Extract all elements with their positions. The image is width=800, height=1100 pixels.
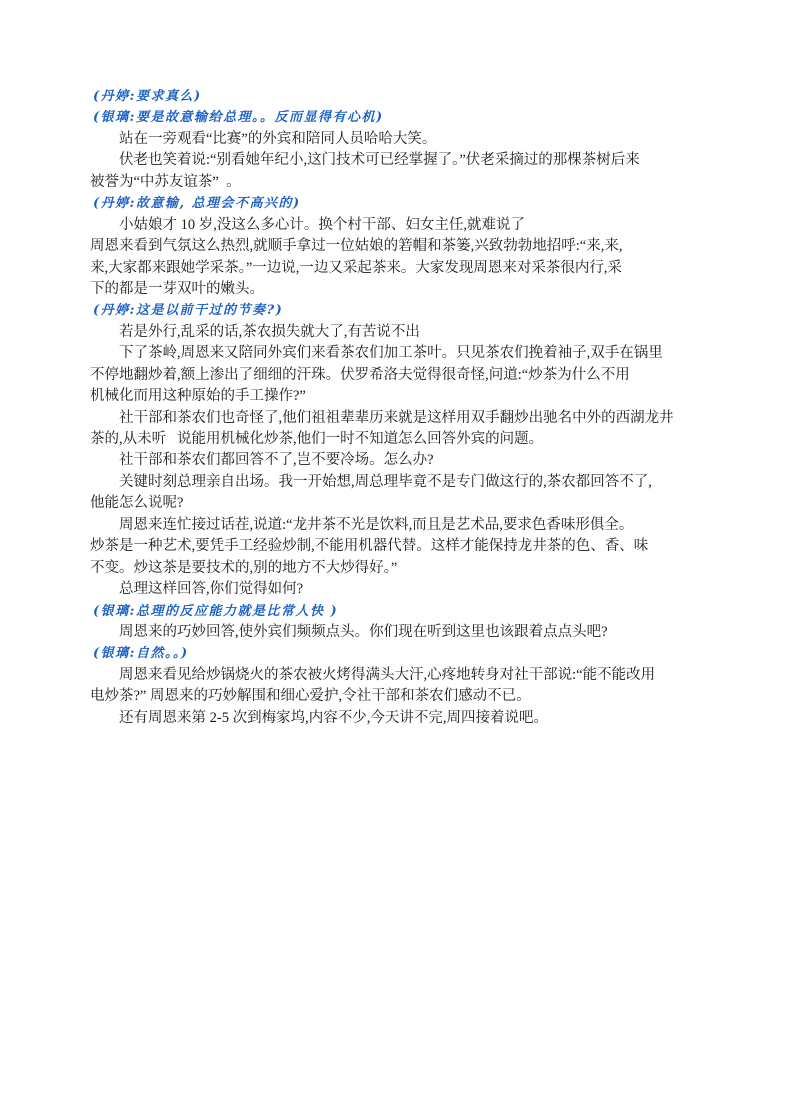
annotation-line: (银璃:要是故意输给总理。。反而显得有心机) [90,107,735,128]
document-page: (丹婷:要求真么)(银璃:要是故意输给总理。。反而显得有心机)站在一旁观看“比赛… [90,86,735,729]
text-line: 周恩来看见给炒锅烧火的茶农被火烤得满头大汗,心疼地转身对社干部说:“能不能改用 [90,665,735,686]
text-line: 被誉为“中苏友谊茶” 。 [90,172,735,193]
text-line: 下了茶岭,周恩来又陪同外宾们来看茶农们加工茶叶。只见茶农们挽着袖子,双手在锅里 [90,343,735,364]
annotation-line: (银璃:自然。。) [90,643,735,664]
text-line: 机械化而用这种原始的手工操作?” [90,386,735,407]
text-line: 站在一旁观看“比赛”的外宾和陪同人员哈哈大笑。 [90,129,735,150]
text-line: 炒茶是一种艺术,要凭手工经验炒制,不能用机器代替。这样才能保持龙井茶的色、香、味 [90,536,735,557]
text-line: 还有周恩来第 2-5 次到梅家坞,内容不少,今天讲不完,周四接着说吧。 [90,708,735,729]
text-line: 伏老也笑着说:“别看她年纪小,这门技术可已经掌握了。”伏老采摘过的那棵茶树后来 [90,150,735,171]
annotation-line: (丹婷:故意输, 总理会不高兴的) [90,193,735,214]
text-line: 茶的,从未听 说能用机械化炒茶,他们一时不知道怎么回答外宾的问题。 [90,429,735,450]
text-line: 若是外行,乱采的话,茶农损失就大了,有苦说不出 [90,322,735,343]
text-line: 不停地翻炒着,额上渗出了细细的汗珠。伏罗希洛夫觉得很奇怪,问道:“炒茶为什么不用 [90,365,735,386]
text-line: 周恩来的巧妙回答,使外宾们频频点头。你们现在听到这里也该跟着点点头吧? [90,622,735,643]
annotation-line: (银璃:总理的反应能力就是比常人快 ) [90,601,735,622]
text-line: 来,大家都来跟她学采茶。”一边说,一边又采起茶来。大家发现周恩来对采茶很内行,采 [90,258,735,279]
text-line: 不变。炒这茶是要技术的,别的地方不大炒得好。” [90,558,735,579]
text-line: 周恩来看到气氛这么热烈,就顺手拿过一位姑娘的箬帽和茶篓,兴致勃勃地招呼:“来,来… [90,236,735,257]
text-line: 周恩来连忙接过话茬,说道:“龙井茶不光是饮料,而且是艺术品,要求色香味形俱全。 [90,515,735,536]
text-line: 社干部和茶农们也奇怪了,他们祖祖辈辈历来就是这样用双手翻炒出驰名中外的西湖龙井 [90,408,735,429]
text-line: 下的都是一芽双叶的嫩头。 [90,279,735,300]
text-line: 总理这样回答,你们觉得如何? [90,579,735,600]
text-line: 关键时刻总理亲自出场。我一开始想,周总理毕竟不是专门做这行的,茶农都回答不了, [90,472,735,493]
annotation-line: (丹婷:要求真么) [90,86,735,107]
document-body: (丹婷:要求真么)(银璃:要是故意输给总理。。反而显得有心机)站在一旁观看“比赛… [90,86,735,729]
text-line: 电炒茶?” 周恩来的巧妙解围和细心爱护,令社干部和茶农们感动不已。 [90,686,735,707]
text-line: 小姑娘才 10 岁,没这么多心计。换个村干部、妇女主任,就难说了 [90,215,735,236]
annotation-line: (丹婷:这是以前干过的节奏?) [90,300,735,321]
text-line: 他能怎么说呢? [90,493,735,514]
text-line: 社干部和茶农们都回答不了,岂不要冷场。怎么办? [90,450,735,471]
